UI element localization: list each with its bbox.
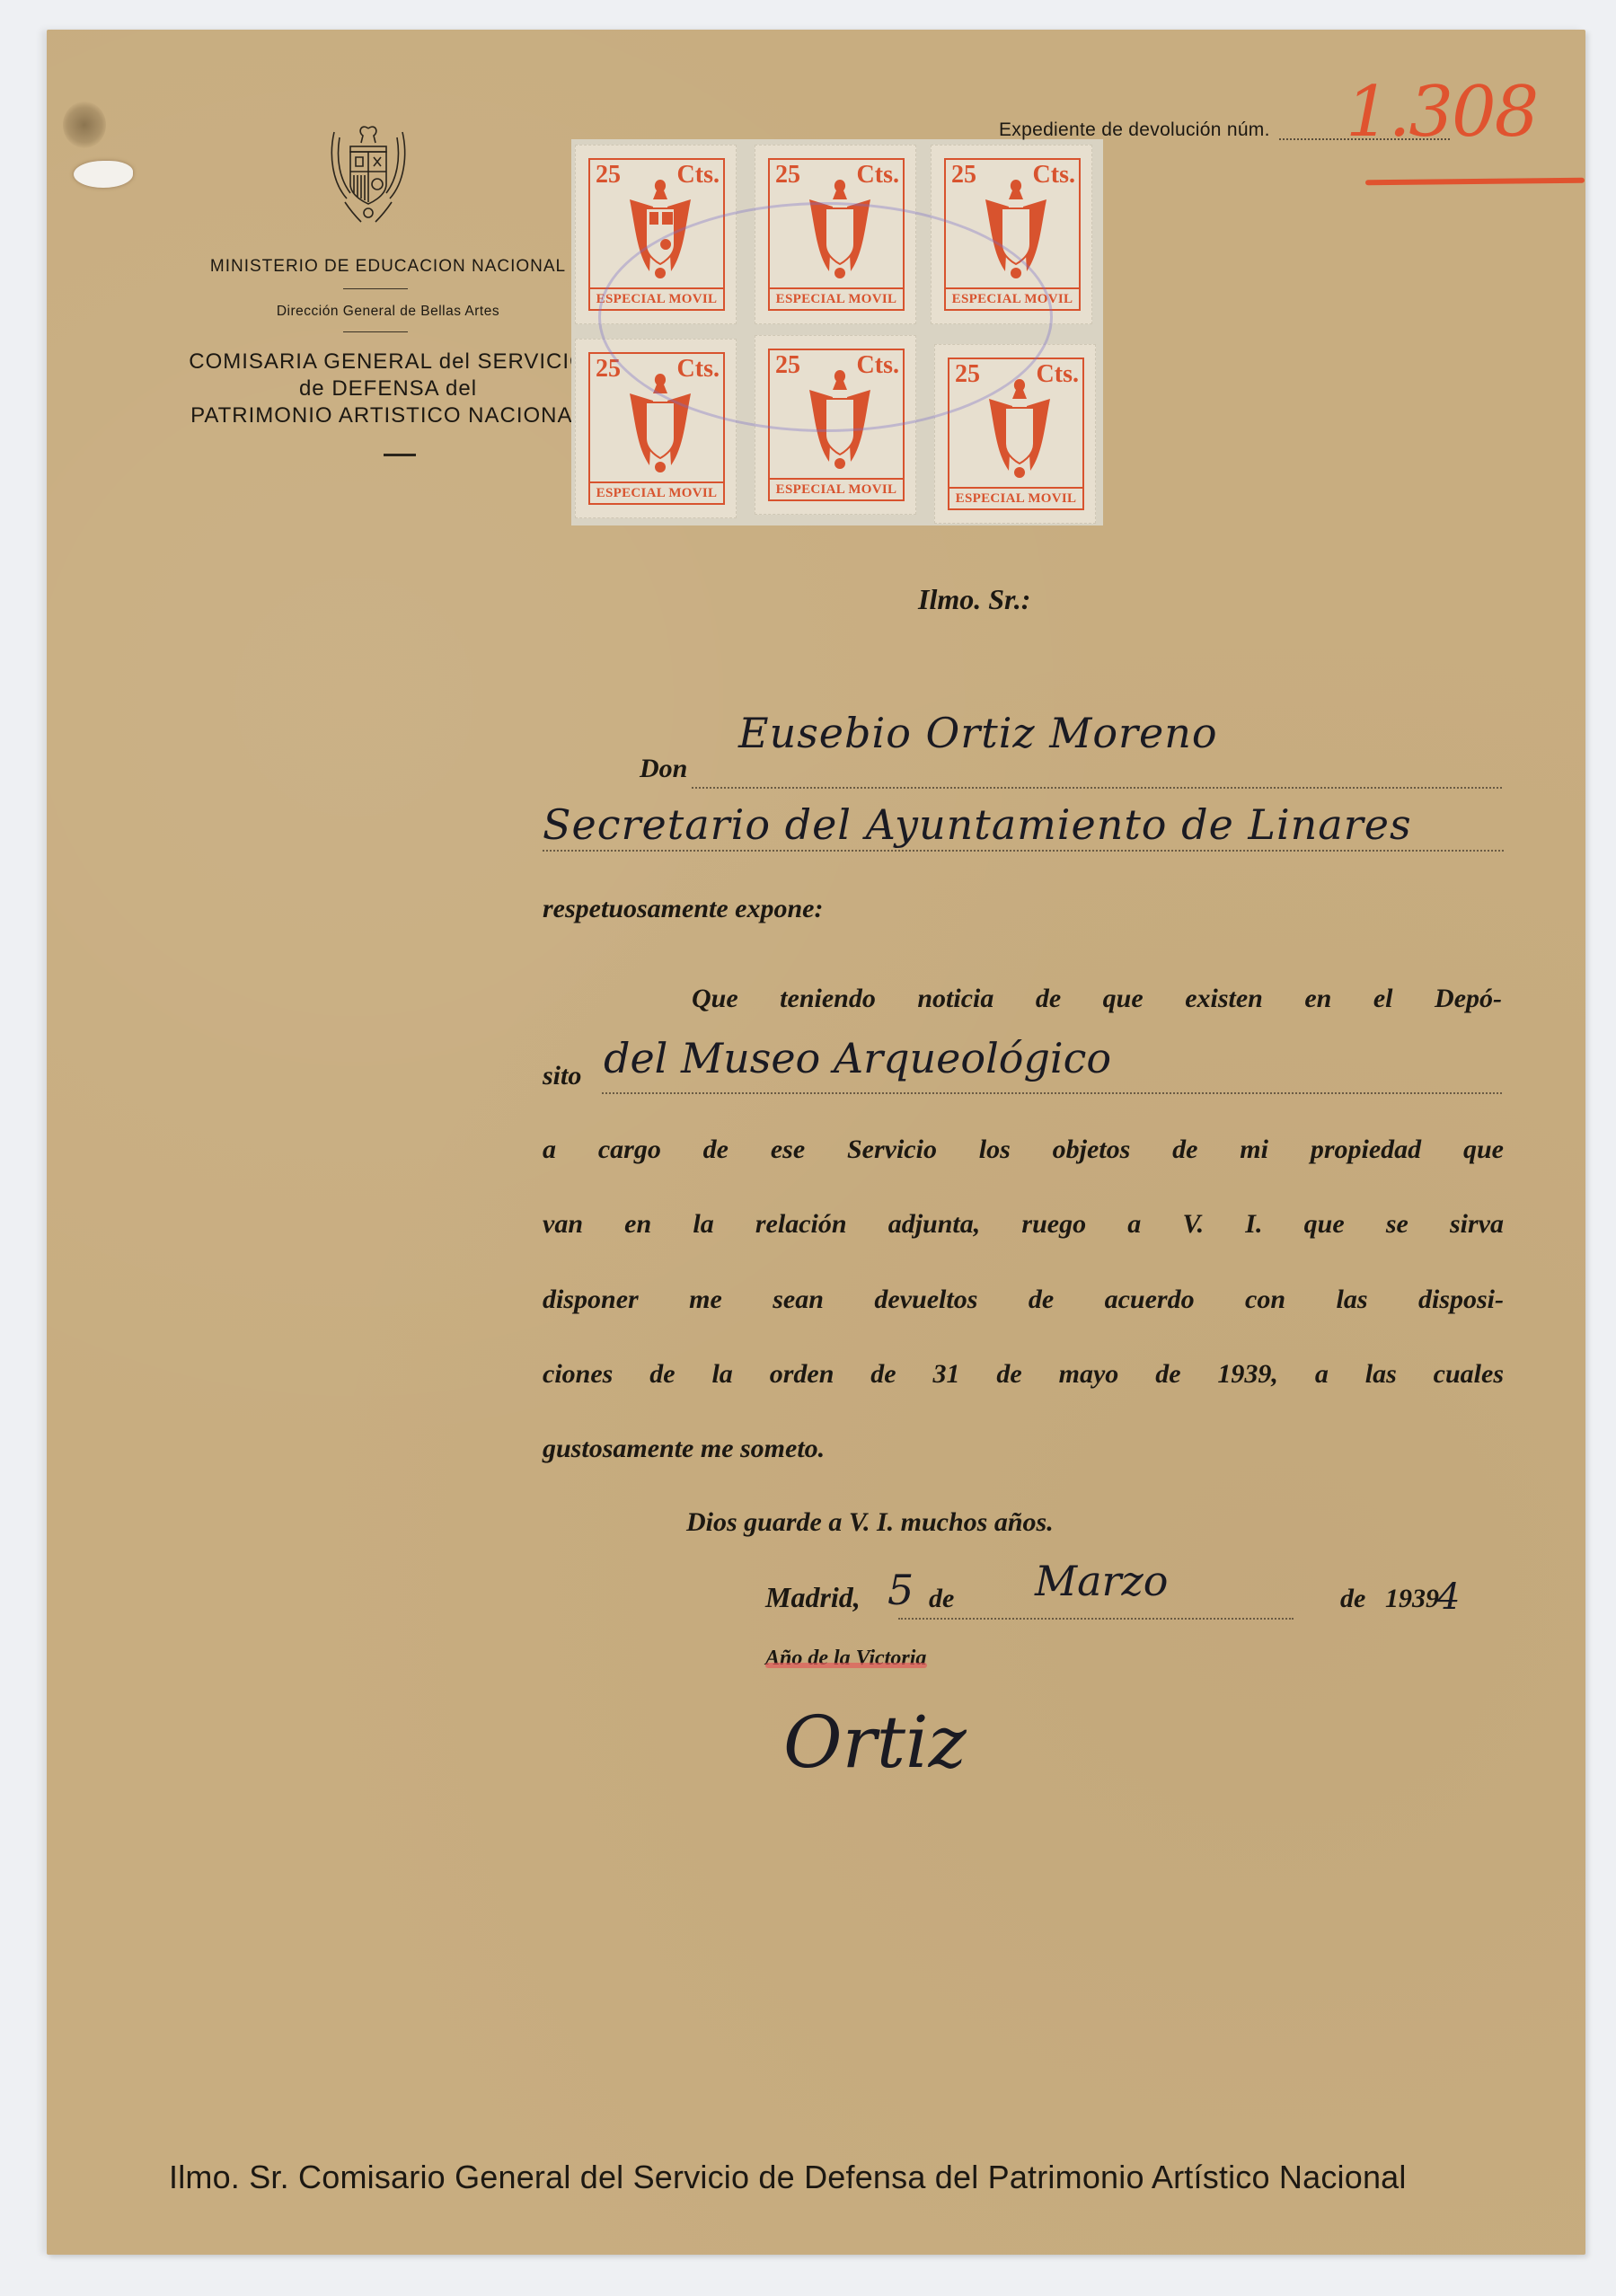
eagle-icon: [806, 363, 874, 478]
eagle-icon: [982, 172, 1050, 287]
signature: Ortiz: [783, 1700, 967, 1784]
expediente-underline: [1365, 178, 1585, 186]
header-dash: [384, 454, 416, 456]
fiscal-stamp: 25 Cts. ESPECIAL MOVIL: [575, 339, 737, 518]
fiscal-stamp: 25 Cts. ESPECIAL MOVIL: [755, 145, 916, 324]
comisaria-name: COMISARIA GENERAL del SERVICIO de DEFENS…: [155, 349, 622, 429]
body-line: ciones de la orden de 31 de mayo de 1939…: [543, 1359, 1504, 1390]
fiscal-stamp: 25 Cts. ESPECIAL MOVIL: [931, 145, 1092, 324]
dateline-day-handwritten: 5: [887, 1566, 914, 1614]
fiscal-stamp: 25 Cts. ESPECIAL MOVIL: [934, 344, 1096, 524]
body-line: a cargo de ese Servicio los objetos de m…: [543, 1135, 1504, 1165]
fiscal-stamp: 25 Cts. ESPECIAL MOVIL: [755, 335, 916, 515]
stamp-value: 25: [775, 162, 800, 189]
punch-hole: [74, 161, 133, 188]
header-divider: [343, 331, 408, 332]
direccion-general: Dirección General de Bellas Artes: [155, 304, 622, 320]
comisaria-line: PATRIMONIO ARTISTICO NACIONAL: [155, 402, 622, 429]
spanish-coat-of-arms-icon: [325, 119, 411, 225]
stamp-value: 25: [951, 162, 976, 189]
body-line: Que teniendo noticia de que existen en e…: [692, 984, 1502, 1014]
stamp-legend: ESPECIAL MOVIL: [946, 287, 1079, 309]
name-fill-line: [692, 787, 1502, 789]
stamp-value: 25: [596, 356, 621, 383]
dateline-year-correction: 4: [1437, 1576, 1460, 1618]
dateline-year-printed: 1939: [1385, 1584, 1439, 1614]
body-line: gustosamente me someto.: [543, 1434, 1504, 1464]
staple-stain: [63, 102, 106, 148]
eagle-icon: [985, 372, 1054, 487]
stamp-legend: ESPECIAL MOVIL: [770, 287, 903, 309]
dateline-de: de: [1340, 1584, 1365, 1614]
ministry-name: MINISTERIO DE EDUCACION NACIONAL: [155, 257, 622, 277]
stamp-legend: ESPECIAL MOVIL: [590, 481, 723, 503]
deposito-handwritten: del Museo Arqueológico: [604, 1034, 1111, 1082]
document-page: MINISTERIO DE EDUCACION NACIONAL Direcci…: [47, 30, 1585, 2255]
stamp-value: 25: [596, 162, 621, 189]
dateline-city: Madrid,: [765, 1581, 861, 1614]
expediente-number-handwritten: 1.308: [1346, 76, 1537, 148]
stamp-legend: ESPECIAL MOVIL: [949, 487, 1082, 508]
body-line: van en la relación adjunta, ruego a V. I…: [543, 1209, 1504, 1240]
eagle-icon: [626, 172, 694, 287]
dateline-month-handwritten: Marzo: [1035, 1557, 1168, 1605]
eagle-icon: [626, 366, 694, 481]
stamp-value: 25: [775, 352, 800, 379]
header-divider: [343, 288, 408, 289]
don-label: Don: [640, 754, 687, 784]
date-fill-line: [898, 1618, 1294, 1620]
red-strikethrough: [765, 1663, 927, 1668]
eagle-icon: [806, 172, 874, 287]
intro-text: respetuosamente expone:: [543, 894, 823, 924]
body-line: disponer me sean devueltos de acuerdo co…: [543, 1285, 1504, 1315]
comisaria-line: de DEFENSA del: [155, 375, 622, 402]
deposito-fill-line: [602, 1092, 1502, 1094]
stamp-legend: ESPECIAL MOVIL: [770, 478, 903, 499]
stamp-value: 25: [955, 361, 980, 388]
dateline-de: de: [929, 1584, 954, 1614]
closing-formula: Dios guarde a V. I. muchos años.: [686, 1507, 1054, 1538]
fiscal-stamp: 25 Cts. ESPECIAL MOVIL: [575, 145, 737, 324]
fiscal-stamps-block: 25 Cts. ESPECIAL MOVIL 25 Cts. ESPECIAL …: [571, 139, 1103, 525]
expediente-label: Expediente de devolución núm.: [999, 119, 1270, 141]
comisaria-line: COMISARIA GENERAL del SERVICIO: [155, 349, 622, 375]
salutation: Ilmo. Sr.:: [918, 583, 1030, 616]
title-fill-line: [543, 850, 1504, 852]
body-line-prefix: sito: [543, 1061, 581, 1091]
petitioner-title-handwritten: Secretario del Ayuntamiento de Linares: [543, 800, 1412, 849]
petitioner-name-handwritten: Eusebio Ortiz Moreno: [738, 709, 1218, 757]
stamp-legend: ESPECIAL MOVIL: [590, 287, 723, 309]
addressee-footer: Ilmo. Sr. Comisario General del Servicio…: [169, 2159, 1407, 2196]
